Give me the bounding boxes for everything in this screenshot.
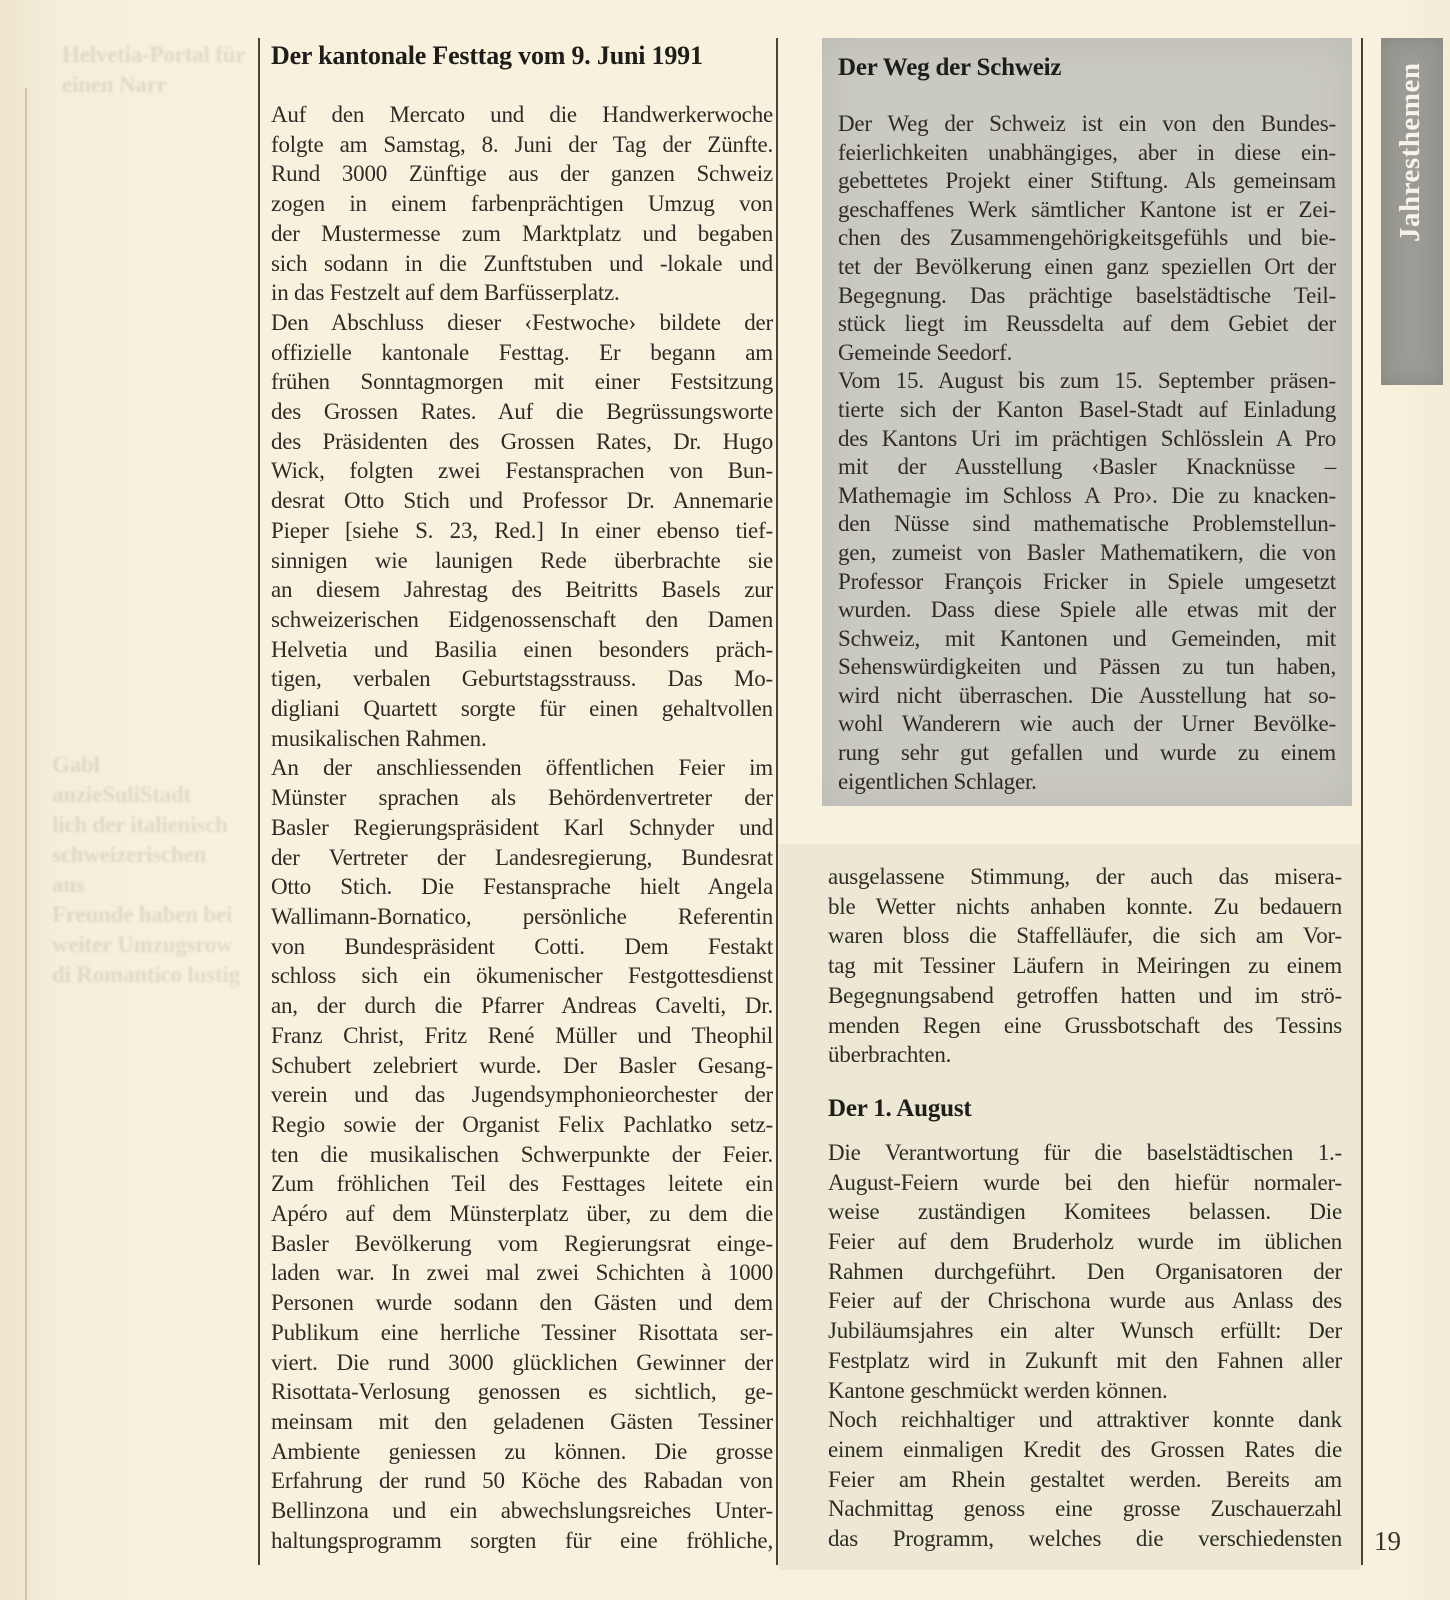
text-line: desrat Otto Stich und Professor Dr. Anne… <box>271 486 773 516</box>
page-number: 19 <box>1374 1526 1401 1557</box>
paragraph: Freunde haben bei <box>52 900 242 930</box>
text-line: tierte sich der Kanton Basel-Stadt auf E… <box>838 396 1336 425</box>
right-column-rule <box>1361 38 1363 1565</box>
text-line: gen, zumeist von Basler Mathematikern, d… <box>838 539 1336 568</box>
paragraph: Zum fröhlichen Teil des Festtages leitet… <box>271 1169 773 1555</box>
paragraph: Die Verantwortung für die baselstädtisch… <box>828 1138 1342 1405</box>
text-line: digliani Quartett sorgte für einen gehal… <box>271 694 773 724</box>
text-line: Publikum eine herrliche Tessiner Risotta… <box>271 1318 773 1348</box>
text-line: einem einmaligen Kredit des Grossen Rate… <box>828 1435 1342 1465</box>
text-line: Feier am Rhein gestaltet werden. Bereits… <box>828 1465 1342 1495</box>
text-line: Helvetia-Portal für <box>62 40 262 70</box>
text-line: tigen, verbalen Geburtstagsstrauss. Das … <box>271 664 773 694</box>
text-line: wird nicht überraschen. Die Ausstellung … <box>838 682 1336 711</box>
text-line: Helvetia und Basilia einen besonders prä… <box>271 635 773 665</box>
text-line: offizielle kantonale Festtag. Er begann … <box>271 338 773 368</box>
text-line: Begegnungsabend getroffen hatten und im … <box>828 981 1342 1011</box>
text-line: waren bloss die Staffelläufer, die sich … <box>828 921 1342 951</box>
text-line: mit der Ausstellung ‹Basler Knacknüsse – <box>838 453 1336 482</box>
text-line: Schubert zelebriert wurde. Der Basler Ge… <box>271 1051 773 1081</box>
text-line: Die Verantwortung für die baselstädtisch… <box>828 1138 1342 1168</box>
paragraph: Noch reichhaltiger und attraktiver konnt… <box>828 1405 1342 1554</box>
text-line: Feier auf der Chrischona wurde aus Anlas… <box>828 1286 1342 1316</box>
text-line: lich der italienisch <box>52 810 242 840</box>
text-line: an diesem Jahrestag des Beitritts Basels… <box>271 575 773 605</box>
paragraph: lich der italienisch <box>52 810 242 840</box>
text-line: Zum fröhlichen Teil des Festtages leitet… <box>271 1169 773 1199</box>
text-line: Gemeinde Seedorf. <box>838 339 1336 368</box>
paragraph: Den Abschluss dieser ‹Festwoche› bildete… <box>271 308 773 754</box>
text-line: schloss sich ein ökumenischer Festgottes… <box>271 961 773 991</box>
text-line: ten die musikalischen Schwerpunkte der F… <box>271 1140 773 1170</box>
center-column-rule <box>776 38 778 1565</box>
text-line: feierlichkeiten unabhängiges, aber in di… <box>838 139 1336 168</box>
text-line: Vom 15. August bis zum 15. September prä… <box>838 367 1336 396</box>
text-line: überbrachten. <box>828 1040 1342 1070</box>
right-column-body-top: ausgelassene Stimmung, der auch das mise… <box>828 862 1342 1070</box>
bleed-through-text-top: Helvetia-Portal füreinen Narr <box>62 40 262 100</box>
section-heading: Der 1. August <box>828 1092 1342 1126</box>
text-line: Schweiz, mit Kantonen und Gemeinden, mit <box>838 625 1336 654</box>
text-line: tet der Bevölkerung einen ganz spezielle… <box>838 253 1336 282</box>
text-line: Professor François Fricker in Spiele umg… <box>838 568 1336 597</box>
text-line: di Romantico lustig <box>52 960 242 990</box>
text-line: in das Festzelt auf dem Barfüsserplatz. <box>271 278 773 308</box>
article-title: Der kantonale Festtag vom 9. Juni 1991 <box>271 40 773 72</box>
paragraph: Der Weg der Schweiz ist ein von den Bund… <box>838 110 1336 367</box>
text-line: Rund 3000 Zünftige aus der ganzen Schwei… <box>271 159 773 189</box>
text-line: Rahmen durchgeführt. Den Organisatoren d… <box>828 1257 1342 1287</box>
text-line: der Mustermesse zum Marktplatz und begab… <box>271 219 773 249</box>
text-line: ble Wetter nichts anhaben konnte. Zu bed… <box>828 892 1342 922</box>
text-line: August-Feiern wurde bei den hiefür norma… <box>828 1168 1342 1198</box>
text-line: weiter Umzugsrow <box>52 930 242 960</box>
text-line: Sehenswürdigkeiten und Pässen zu tun hab… <box>838 653 1336 682</box>
text-line: des Grossen Rates. Auf die Begrüssungswo… <box>271 397 773 427</box>
left-column: Der kantonale Festtag vom 9. Juni 1991 A… <box>271 40 773 1555</box>
paragraph: An der anschliessenden öffentlichen Feie… <box>271 753 773 1169</box>
text-line: Apéro auf dem Münsterplatz über, zu dem … <box>271 1199 773 1229</box>
text-line: ausgelassene Stimmung, der auch das mise… <box>828 862 1342 892</box>
bleed-through-text-middle: Gabl anzieSuliStadtlich der italienischs… <box>52 750 242 990</box>
text-line: Nachmittag genoss eine grosse Zuschauerz… <box>828 1494 1342 1524</box>
text-line: Bellinzona und ein abwechslungsreiches U… <box>271 1496 773 1526</box>
paragraph: schweizerischen aus <box>52 840 242 900</box>
text-line: das Programm, welches die verschiedenste… <box>828 1524 1342 1554</box>
text-line: menden Regen eine Grussbotschaft des Tes… <box>828 1011 1342 1041</box>
paragraph: Gabl anzieSuliStadt <box>52 750 242 810</box>
text-line: meinsam mit den geladenen Gästen Tessine… <box>271 1407 773 1437</box>
text-line: Jubiläumsjahres ein alter Wunsch erfüllt… <box>828 1316 1342 1346</box>
paragraph: einen Narr <box>62 70 262 100</box>
text-line: Kantone geschmückt werden können. <box>828 1376 1342 1406</box>
text-line: zogen in einem farbenprächtigen Umzug vo… <box>271 189 773 219</box>
text-line: frühen Sonntagmorgen mit einer Festsitzu… <box>271 367 773 397</box>
text-line: An der anschliessenden öffentlichen Feie… <box>271 753 773 783</box>
text-line: Der Weg der Schweiz ist ein von den Bund… <box>838 110 1336 139</box>
text-line: Freunde haben bei <box>52 900 242 930</box>
text-line: Den Abschluss dieser ‹Festwoche› bildete… <box>271 308 773 338</box>
text-line: rung sehr gut gefallen und wurde zu eine… <box>838 739 1336 768</box>
right-column: ausgelassene Stimmung, der auch das mise… <box>828 862 1342 1554</box>
paragraph: Auf den Mercato und die Handwerkerwochef… <box>271 100 773 308</box>
text-line: wohl Wanderern wie auch der Urner Bevölk… <box>838 710 1336 739</box>
left-column-rule <box>258 38 260 1565</box>
text-line: Wallimann-Bornatico, persönliche Referen… <box>271 902 773 932</box>
text-line: Auf den Mercato und die Handwerkerwoche <box>271 100 773 130</box>
page-fold-shadow <box>25 88 27 1600</box>
text-line: Erfahrung der rund 50 Köche des Rabadan … <box>271 1466 773 1496</box>
text-line: wurden. Dass diese Spiele alle etwas mit… <box>838 596 1336 625</box>
text-line: chen des Zusammengehörigkeitsgefühls und… <box>838 224 1336 253</box>
paragraph: ausgelassene Stimmung, der auch das mise… <box>828 862 1342 1070</box>
text-line: an, der durch die Pfarrer Andreas Cavelt… <box>271 991 773 1021</box>
text-line: gebettetes Projekt einer Stiftung. Als g… <box>838 167 1336 196</box>
text-line: einen Narr <box>62 70 262 100</box>
text-line: von Bundespräsident Cotti. Dem Festakt <box>271 932 773 962</box>
text-line: sich sodann in die Zunftstuben und -loka… <box>271 249 773 279</box>
info-box-title: Der Weg der Schweiz <box>838 52 1336 84</box>
text-line: weise zuständigen Komitees belassen. Die <box>828 1197 1342 1227</box>
text-line: Münster sprachen als Behördenvertreter d… <box>271 783 773 813</box>
chapter-tab-label: Jahresthemen <box>1394 63 1427 242</box>
text-line: Personen wurde sodann den Gästen und dem <box>271 1288 773 1318</box>
text-line: Festplatz wird in Zukunft mit den Fahnen… <box>828 1346 1342 1376</box>
text-line: stück liegt im Reussdelta auf dem Gebiet… <box>838 310 1336 339</box>
text-line: Risottata-Verlosung genossen es sichtlic… <box>271 1377 773 1407</box>
text-line: Ambiente geniessen zu können. Die grosse <box>271 1437 773 1467</box>
text-line: Otto Stich. Die Festansprache hielt Ange… <box>271 872 773 902</box>
text-line: eigentlichen Schlager. <box>838 768 1336 797</box>
left-column-body: Auf den Mercato und die Handwerkerwochef… <box>271 100 773 1555</box>
text-line: Basler Regierungspräsident Karl Schnyder… <box>271 813 773 843</box>
text-line: Wick, folgten zwei Festansprachen von Bu… <box>271 456 773 486</box>
text-line: folgte am Samstag, 8. Juni der Tag der Z… <box>271 130 773 160</box>
text-line: Noch reichhaltiger und attraktiver konnt… <box>828 1405 1342 1435</box>
text-line: sinnigen wie launigen Rede überbrachte s… <box>271 546 773 576</box>
text-line: des Kantons Uri im prächtigen Schlösslei… <box>838 425 1336 454</box>
text-line: Franz Christ, Fritz René Müller und Theo… <box>271 1021 773 1051</box>
text-line: musikalischen Rahmen. <box>271 724 773 754</box>
scanned-book-page: { "left_column": { "title": "Der kantona… <box>0 0 1450 1600</box>
text-line: des Präsidenten des Grossen Rates, Dr. H… <box>271 427 773 457</box>
text-line: viert. Die rund 3000 glücklichen Gewinne… <box>271 1348 773 1378</box>
text-line: der Vertreter der Landesregierung, Bunde… <box>271 843 773 873</box>
text-line: Basler Bevölkerung vom Regierungsrat ein… <box>271 1229 773 1259</box>
chapter-tab: Jahresthemen <box>1381 38 1443 385</box>
text-line: Begegnung. Das prächtige baselstädtische… <box>838 282 1336 311</box>
info-box-body: Der Weg der Schweiz ist ein von den Bund… <box>838 110 1336 796</box>
paragraph: Helvetia-Portal für <box>62 40 262 70</box>
text-line: verein und das Jugendsymphonieorchester … <box>271 1080 773 1110</box>
paragraph: weiter Umzugsrow <box>52 930 242 960</box>
text-line: Gabl anzieSuliStadt <box>52 750 242 810</box>
text-line: Pieper [siehe S. 23, Red.] In einer eben… <box>271 516 773 546</box>
text-line: Regio sowie der Organist Felix Pachlatko… <box>271 1110 773 1140</box>
text-line: Feier auf dem Bruderholz wurde im üblich… <box>828 1227 1342 1257</box>
paragraph: Vom 15. August bis zum 15. September prä… <box>838 367 1336 796</box>
paragraph: di Romantico lustig <box>52 960 242 990</box>
right-column-body-bottom: Die Verantwortung für die baselstädtisch… <box>828 1138 1342 1554</box>
text-line: laden war. In zwei mal zwei Schichten à … <box>271 1258 773 1288</box>
text-line: geschaffenes Werk sämtlicher Kantone ist… <box>838 196 1336 225</box>
info-box: Der Weg der Schweiz Der Weg der Schweiz … <box>822 38 1352 806</box>
text-line: haltungsprogramm sorgten für eine fröhli… <box>271 1526 773 1556</box>
text-line: Mathemagie im Schloss A Pro›. Die zu kna… <box>838 482 1336 511</box>
text-line: schweizerischen aus <box>52 840 242 900</box>
text-line: schweizerischen Eidgenossenschaft den Da… <box>271 605 773 635</box>
text-line: tag mit Tessiner Läufern in Meiringen zu… <box>828 951 1342 981</box>
text-line: den Nüsse sind mathematische Problemstel… <box>838 510 1336 539</box>
